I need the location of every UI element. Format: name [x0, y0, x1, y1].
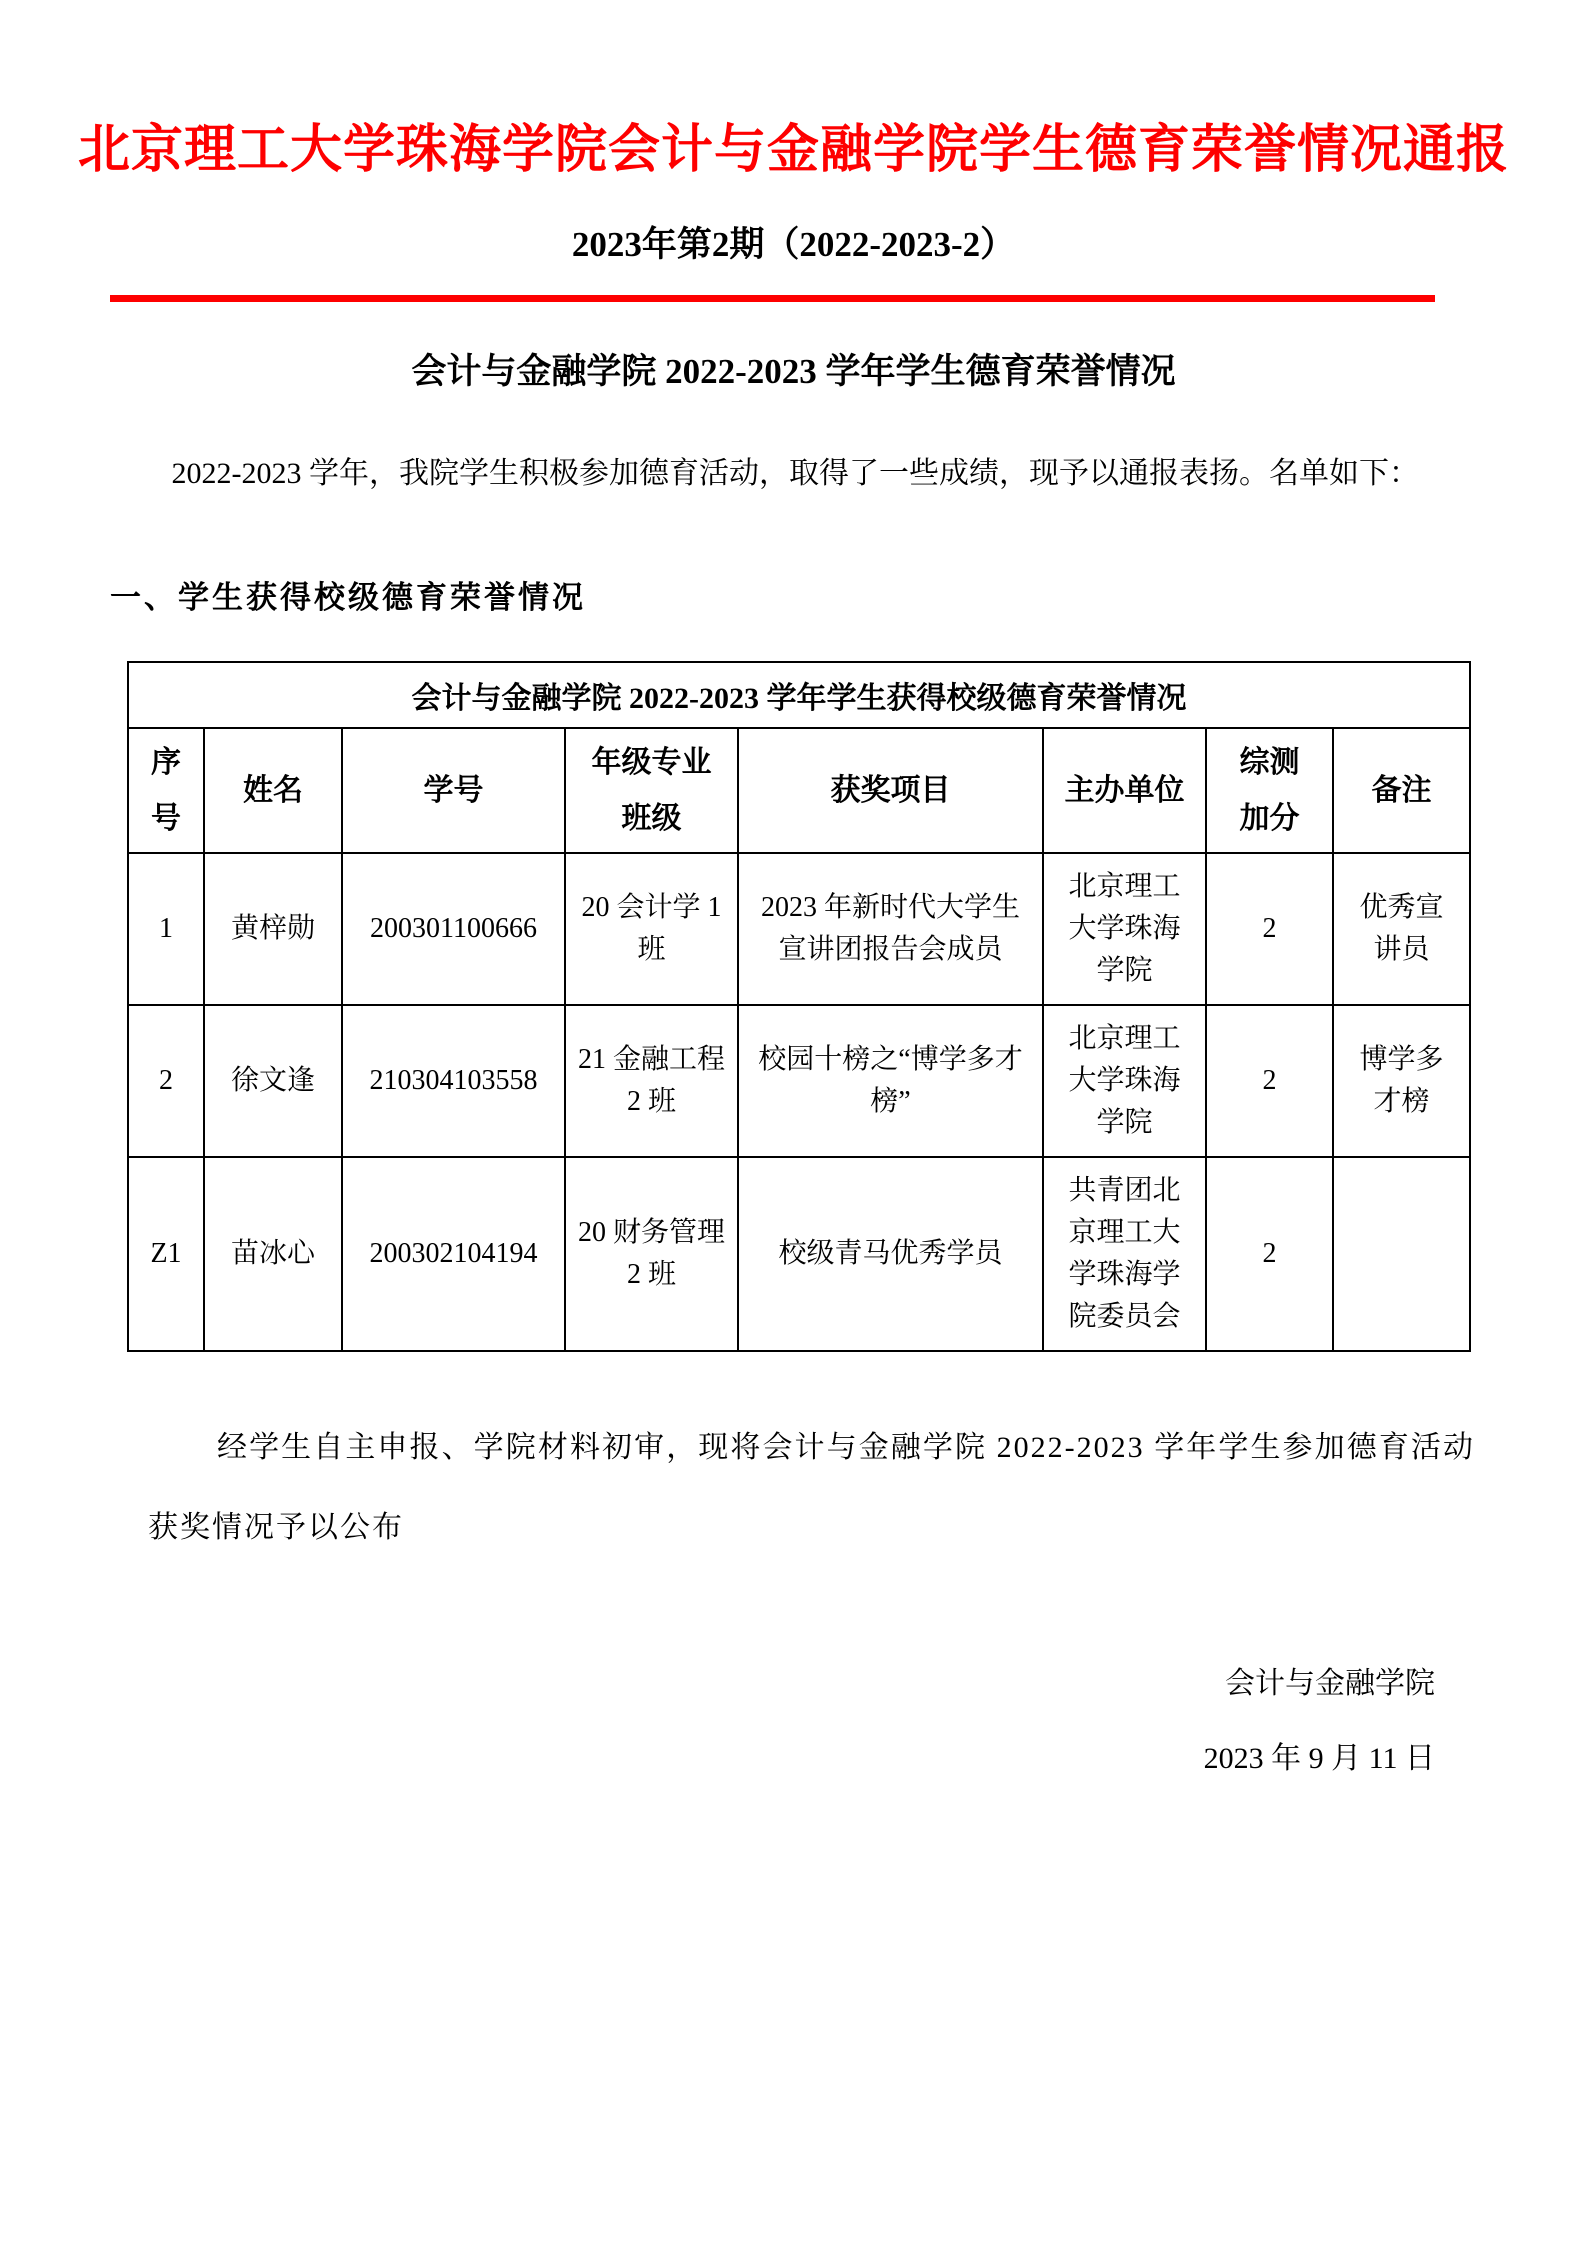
header-award: 获奖项目	[738, 728, 1043, 853]
cell-student-id: 200302104194	[342, 1157, 565, 1351]
cell-class: 21 金融工程 2 班	[565, 1005, 738, 1157]
cell-award: 校级青马优秀学员	[738, 1157, 1043, 1351]
issue-number-line: 2023年第2期（2022-2023-2）	[0, 217, 1587, 267]
cell-class: 20 会计学 1 班	[565, 853, 738, 1005]
cell-bonus: 2	[1206, 1157, 1333, 1351]
honor-table: 会计与金融学院 2022-2023 学年学生获得校级德育荣誉情况 序 号 姓名 …	[127, 661, 1471, 1352]
closing-paragraph: 经学生自主申报、学院材料初审，现将会计与金融学院 2022-2023 学年学生参…	[148, 1408, 1475, 1568]
signature-org: 会计与金融学院	[0, 1646, 1435, 1721]
cell-remark: 博学多才榜	[1333, 1005, 1470, 1157]
cell-award: 2023 年新时代大学生宣讲团报告会成员	[738, 853, 1043, 1005]
table-caption-row: 会计与金融学院 2022-2023 学年学生获得校级德育荣誉情况	[128, 662, 1470, 728]
cell-remark: 优秀宣讲员	[1333, 853, 1470, 1005]
cell-student-id: 210304103558	[342, 1005, 565, 1157]
signature-block: 会计与金融学院 2023 年 9 月 11 日	[0, 1646, 1435, 1796]
cell-bonus: 2	[1206, 853, 1333, 1005]
cell-class: 20 财务管理 2 班	[565, 1157, 738, 1351]
cell-organizer: 北京理工大学珠海学院	[1043, 1005, 1206, 1157]
header-class: 年级专业 班级	[565, 728, 738, 853]
header-name: 姓名	[204, 728, 342, 853]
document-subtitle: 会计与金融学院 2022-2023 学年学生德育荣誉情况	[0, 344, 1587, 394]
header-organizer: 主办单位	[1043, 728, 1206, 853]
cell-organizer: 北京理工大学珠海学院	[1043, 853, 1206, 1005]
table-caption: 会计与金融学院 2022-2023 学年学生获得校级德育荣誉情况	[128, 662, 1470, 728]
signature-date: 2023 年 9 月 11 日	[0, 1721, 1435, 1796]
cell-bonus: 2	[1206, 1005, 1333, 1157]
table-row: 2 徐文逢 210304103558 21 金融工程 2 班 校园十榜之“博学多…	[128, 1005, 1470, 1157]
document-title: 北京理工大学珠海学院会计与金融学院学生德育荣誉情况通报	[50, 118, 1537, 183]
red-divider-rule	[110, 295, 1435, 302]
cell-index: Z1	[128, 1157, 204, 1351]
section-heading: 一、学生获得校级德育荣誉情况	[110, 572, 1587, 617]
cell-award: 校园十榜之“博学多才榜”	[738, 1005, 1043, 1157]
cell-index: 1	[128, 853, 204, 1005]
cell-organizer: 共青团北京理工大学珠海学院委员会	[1043, 1157, 1206, 1351]
header-remark: 备注	[1333, 728, 1470, 853]
table-header-row: 序 号 姓名 学号 年级专业 班级 获奖项目 主办单位 综测 加分 备注	[128, 728, 1470, 853]
cell-index: 2	[128, 1005, 204, 1157]
table-row: 1 黄梓勋 200301100666 20 会计学 1 班 2023 年新时代大…	[128, 853, 1470, 1005]
intro-paragraph: 2022-2023 学年，我院学生积极参加德育活动，取得了一些成绩，现予以通报表…	[110, 434, 1475, 514]
cell-name: 黄梓勋	[204, 853, 342, 1005]
cell-student-id: 200301100666	[342, 853, 565, 1005]
header-index: 序 号	[128, 728, 204, 853]
document-page: 北京理工大学珠海学院会计与金融学院学生德育荣誉情况通报 2023年第2期（202…	[0, 0, 1587, 2245]
cell-name: 苗冰心	[204, 1157, 342, 1351]
header-student-id: 学号	[342, 728, 565, 853]
header-bonus: 综测 加分	[1206, 728, 1333, 853]
table-row: Z1 苗冰心 200302104194 20 财务管理 2 班 校级青马优秀学员…	[128, 1157, 1470, 1351]
cell-remark	[1333, 1157, 1470, 1351]
cell-name: 徐文逢	[204, 1005, 342, 1157]
